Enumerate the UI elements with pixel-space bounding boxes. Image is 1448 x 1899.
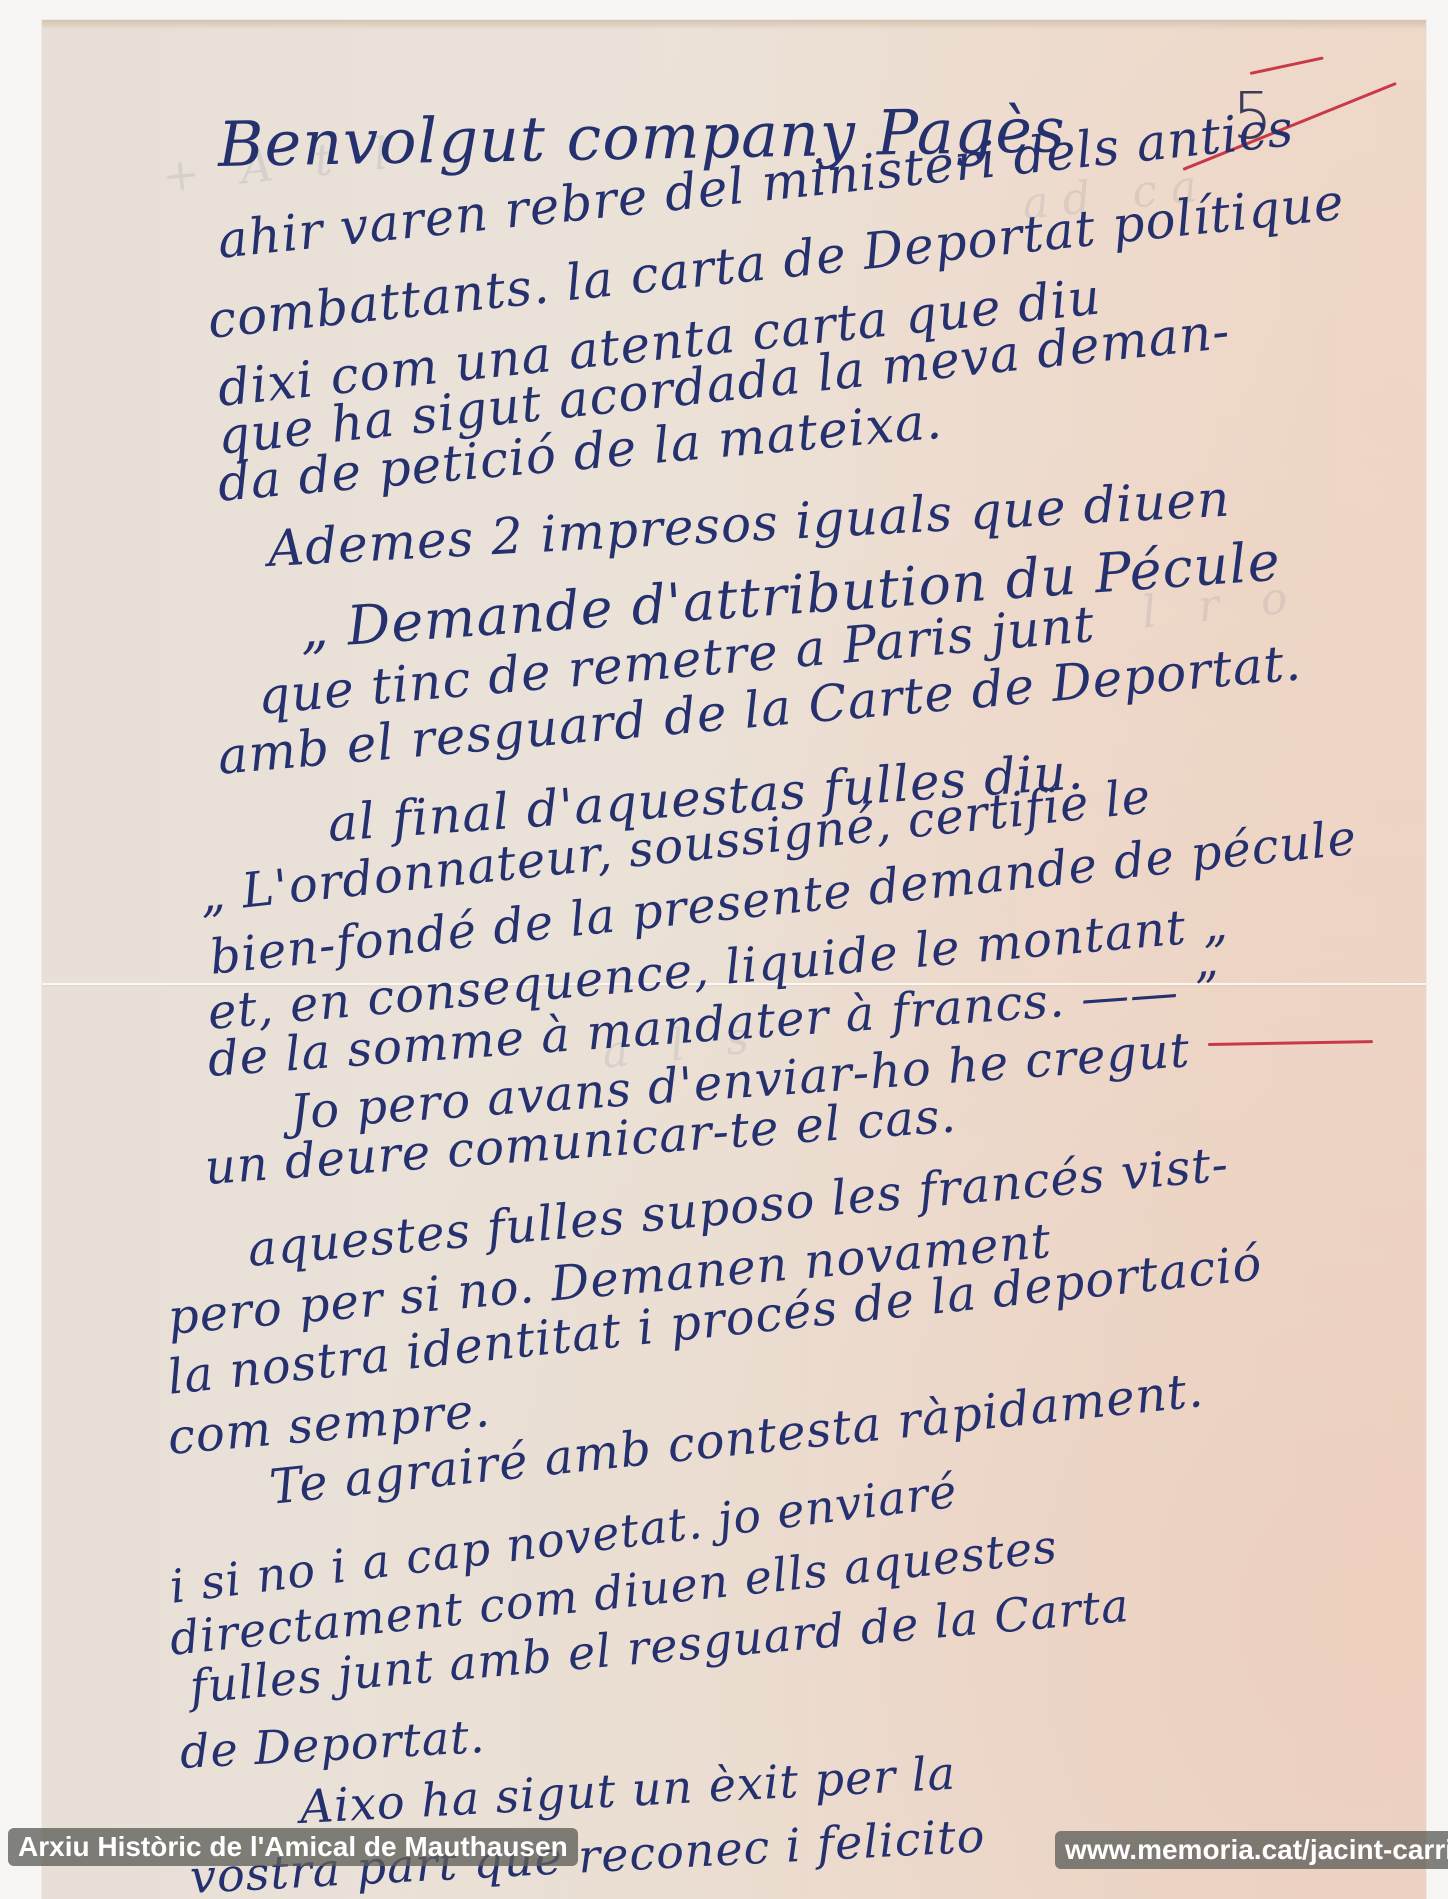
archive-watermark: Arxiu Històric de l'Amical de Mauthausen <box>8 1828 578 1866</box>
website-watermark: www.memoria.cat/jacint-carrio <box>1055 1831 1448 1869</box>
paper-top-edge <box>42 20 1426 30</box>
